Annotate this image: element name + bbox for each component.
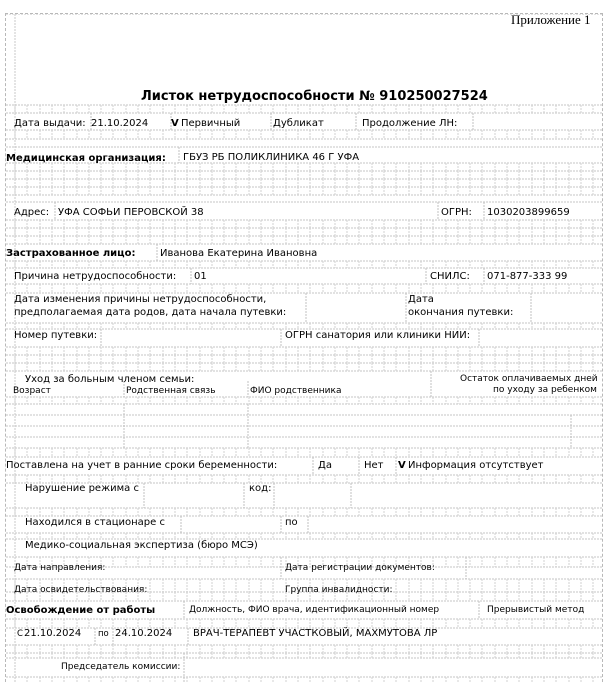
pregnancy-no-option[interactable]: Нет (364, 460, 384, 472)
remaining-days-label-line2: по уходу за ребенком (493, 384, 597, 396)
organization-label: Медицинская организация: (6, 153, 166, 165)
referral-date-label: Дата направления: (14, 562, 105, 574)
chairman-label: Председатель комиссии: (61, 661, 180, 673)
primary-check-mark[interactable]: V (171, 118, 179, 130)
sanatorium-ogrn-label: ОГРН санатория или клиники НИИ: (285, 330, 470, 342)
duplicate-label: Дубликат (273, 118, 324, 130)
intermittent-header: Прерывистый метод (487, 604, 584, 616)
ogrn-label: ОГРН: (441, 207, 472, 219)
continuation-label: Продолжение ЛН: (362, 118, 457, 130)
period-to-label: по (98, 628, 109, 640)
appendix-label: Приложение 1 (511, 14, 591, 26)
voucher-end-label-line2: окончания путевки: (408, 307, 513, 319)
insured-label: Застрахованное лицо: (6, 248, 135, 260)
snils-label: СНИЛС: (430, 271, 470, 283)
release-title: Освобождение от работы (6, 605, 155, 617)
issue-date-value[interactable]: 21.10.2024 (91, 118, 148, 130)
ogrn-value[interactable]: 1030203899659 (487, 207, 570, 219)
period-from-date[interactable]: 21.10.2024 (24, 628, 81, 640)
period-from-label: С (17, 628, 23, 640)
change-date-label-line2: предполагаемая дата родов, дата начала п… (14, 307, 286, 319)
primary-label: Первичный (181, 118, 240, 130)
mse-title: Медико-социальная экспертиза (бюро МСЭ) (25, 540, 258, 552)
voucher-number-label: Номер путевки: (14, 330, 97, 342)
registration-date-label: Дата регистрации документов: (285, 562, 435, 574)
column-age: Возраст (13, 385, 51, 397)
organization-value[interactable]: ГБУЗ РБ ПОЛИКЛИНИКА 46 Г УФА (183, 152, 359, 164)
hospital-to-label: по (285, 517, 298, 529)
regime-violation-label: Нарушение режима с (25, 483, 139, 495)
spreadsheet-grid (6, 14, 602, 682)
document-title: Листок нетрудоспособности № 910250027524 (141, 91, 488, 103)
cause-value[interactable]: 01 (194, 271, 207, 283)
regime-code-label: код: (249, 483, 271, 495)
voucher-end-label-line1: Дата (408, 294, 434, 306)
sick-leave-sheet (5, 13, 603, 682)
disability-group-label: Группа инвалидности: (285, 584, 393, 596)
pregnancy-yes-option[interactable]: Да (318, 460, 332, 472)
no-info-option[interactable]: Информация отсутствует (408, 460, 544, 472)
column-relative-name: ФИО родственника (250, 385, 341, 397)
column-relation: Родственная связь (126, 385, 216, 397)
pregnancy-label: Поставлена на учет в ранние сроки береме… (6, 460, 277, 472)
change-date-label-line1: Дата изменения причины нетрудоспособност… (14, 294, 266, 306)
issue-date-label: Дата выдачи: (14, 118, 86, 130)
address-label: Адрес: (14, 207, 49, 219)
hospital-from-label: Находился в стационаре с (25, 517, 165, 529)
no-info-check-mark[interactable]: V (398, 460, 406, 472)
cause-label: Причина нетрудоспособности: (14, 271, 176, 283)
examination-date-label: Дата освидетельствования: (14, 584, 147, 596)
doctor-header: Должность, ФИО врача, идентификационный … (189, 604, 439, 616)
address-value[interactable]: УФА СОФЬИ ПЕРОВСКОЙ 38 (58, 207, 204, 219)
snils-value[interactable]: 071-877-333 99 (487, 271, 567, 283)
insured-value[interactable]: Иванова Екатерина Ивановна (160, 248, 317, 260)
period-to-date[interactable]: 24.10.2024 (115, 628, 172, 640)
period-doctor[interactable]: ВРАЧ-ТЕРАПЕВТ УЧАСТКОВЫЙ, МАХМУТОВА ЛР (193, 628, 437, 640)
